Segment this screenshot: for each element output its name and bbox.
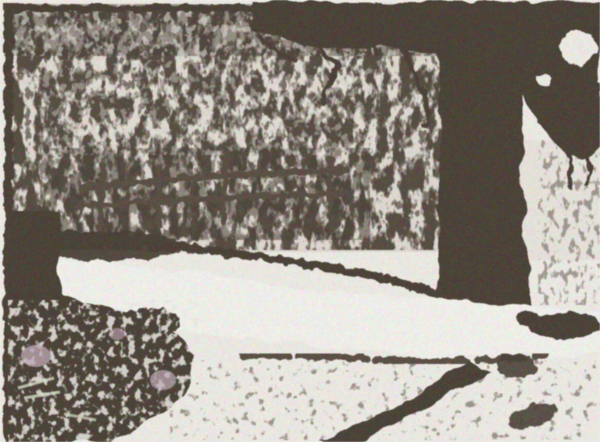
grain-overlay bbox=[0, 0, 600, 442]
artwork-canvas bbox=[0, 0, 600, 442]
scanned-artwork bbox=[0, 0, 600, 442]
